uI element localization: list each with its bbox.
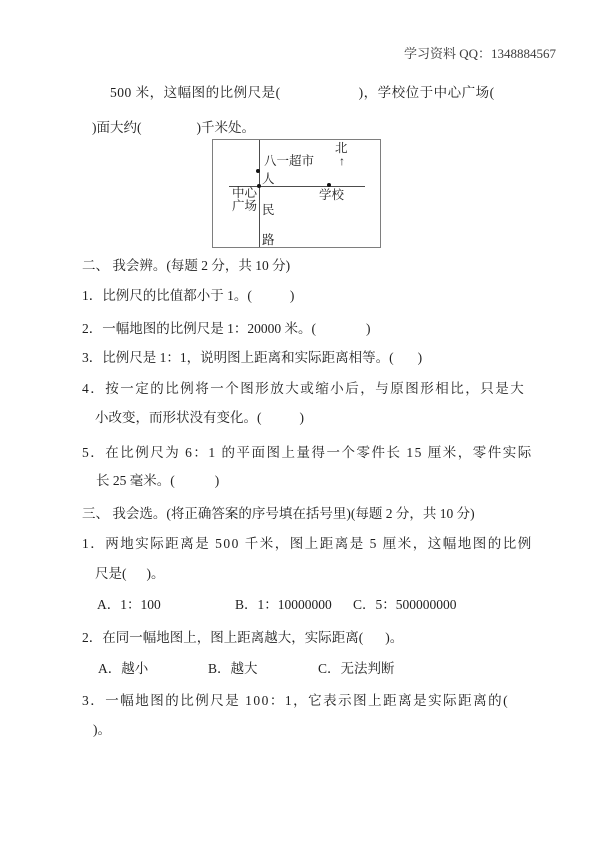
center-plaza-label-line2: 广场 xyxy=(232,199,257,213)
worksheet-page: 学习资料 QQ：1348884567 500 米，这幅图的比例尺是()，学校位于… xyxy=(0,0,596,842)
text-segment: )。 xyxy=(93,722,111,737)
school-dot xyxy=(327,183,331,187)
text-segment: )。 xyxy=(147,566,165,581)
section3-q1-optionA: A．1：100 xyxy=(97,597,161,613)
text-segment: ) xyxy=(300,410,305,425)
text-segment: A．越小 xyxy=(98,661,148,676)
text-segment: 2．一幅地图的比例尺是 1：20000 米。( xyxy=(82,321,316,336)
text-segment: 2．在同一幅地图上，图上距离越大，实际距离( xyxy=(82,630,363,645)
supermarket-dot xyxy=(256,169,260,173)
section3-q2-optionC: C．无法判断 xyxy=(318,661,395,677)
section3-q3-line2: )。 xyxy=(93,722,111,738)
section2-item4-line1: 4．按一定的比例将一个图形放大或缩小后，与原图形相比，只是大 xyxy=(82,381,525,397)
answer-blank xyxy=(262,421,300,422)
text-segment: C．5：500000000 xyxy=(353,597,457,612)
text-segment: 500 米，这幅图的比例尺是( xyxy=(110,85,281,100)
center-plaza-label: 中心广场 xyxy=(217,187,257,213)
text-segment: )千米处。 xyxy=(197,120,256,135)
text-segment: A．1：100 xyxy=(97,597,161,612)
intro-line-1: 500 米，这幅图的比例尺是()，学校位于中心广场( xyxy=(110,85,495,101)
center-plaza-label-line1: 中心 xyxy=(232,186,257,200)
text-segment: ) xyxy=(366,321,371,336)
text-segment: )。 xyxy=(385,630,403,645)
text-segment: )面大约( xyxy=(92,120,142,135)
section2-item5-line2: 长 25 毫米。() xyxy=(96,473,219,489)
text-segment: 3．比例尺是 1：1，说明图上距离和实际距离相等。( xyxy=(82,350,394,365)
map-diagram: 北 ↑ 八一超市 人 民 路 中心广场 学校 xyxy=(212,139,381,248)
text-segment: 4．按一定的比例将一个图形放大或缩小后，与原图形相比，只是大 xyxy=(82,381,525,396)
school-label: 学校 xyxy=(319,189,344,202)
text-segment: 1．两地实际距离是 500 千米，图上距离是 5 厘米，这幅地图的比例 xyxy=(82,536,533,551)
north-arrow-icon: ↑ xyxy=(339,155,345,168)
section2-item2: 2．一幅地图的比例尺是 1：20000 米。() xyxy=(82,321,371,337)
answer-blank xyxy=(316,332,366,333)
answer-blank xyxy=(394,361,418,362)
section3-q1-optionB: B．1：10000000 xyxy=(235,597,332,613)
section3-heading: 三、 我会选。(将正确答案的序号填在括号里)(每题 2 分，共 10 分) xyxy=(82,506,475,522)
text-segment: ) xyxy=(290,288,295,303)
text-segment: B．越大 xyxy=(208,661,258,676)
text-segment: )，学校位于中心广场( xyxy=(359,85,495,100)
text-segment: ) xyxy=(418,350,423,365)
section2-item5-line1: 5．在比例尺为 6：1 的平面图上量得一个零件长 15 厘米，零件实际 xyxy=(82,445,533,461)
answer-blank xyxy=(252,299,290,300)
section3-q2-optionA: A．越小 xyxy=(98,661,148,677)
watermark-text: 学习资料 QQ：1348884567 xyxy=(404,43,556,62)
section3-q1-optionC: C．5：500000000 xyxy=(353,597,457,613)
section2-item3: 3．比例尺是 1：1，说明图上距离和实际距离相等。() xyxy=(82,350,422,366)
road-name-char-lu: 路 xyxy=(262,234,275,247)
text-segment: 5．在比例尺为 6：1 的平面图上量得一个零件长 15 厘米，零件实际 xyxy=(82,445,533,460)
section3-q1-line1: 1．两地实际距离是 500 千米，图上距离是 5 厘米，这幅地图的比例 xyxy=(82,536,533,552)
text-segment: 3．一幅地图的比例尺是 100：1，它表示图上距离是实际距离的( xyxy=(82,693,509,708)
supermarket-label: 八一超市 xyxy=(264,155,314,168)
section3-q1-line2: 尺是()。 xyxy=(95,566,165,582)
section2-item1: 1．比例尺的比值都小于 1。() xyxy=(82,288,294,304)
intro-line-2: )面大约()千米处。 xyxy=(92,120,255,136)
answer-blank xyxy=(281,96,359,97)
text-segment: 尺是( xyxy=(95,566,127,581)
answer-blank xyxy=(127,577,147,578)
text-segment: C．无法判断 xyxy=(318,661,395,676)
road-name-char-ren: 人 xyxy=(262,173,275,186)
section3-q2-optionB: B．越大 xyxy=(208,661,258,677)
text-segment: ) xyxy=(215,473,220,488)
section2-heading: 二、 我会辨。(每题 2 分，共 10 分) xyxy=(82,258,290,274)
section3-q3-line1: 3．一幅地图的比例尺是 100：1，它表示图上距离是实际距离的( xyxy=(82,693,509,709)
answer-blank xyxy=(363,641,385,642)
section2-item4-line2: 小改变，而形状没有变化。() xyxy=(95,410,304,426)
road-name-char-min: 民 xyxy=(262,204,275,217)
text-segment: 二、 我会辨。(每题 2 分，共 10 分) xyxy=(82,258,290,273)
text-segment: 长 25 毫米。( xyxy=(96,473,175,488)
section3-q2: 2．在同一幅地图上，图上距离越大，实际距离()。 xyxy=(82,630,403,646)
text-segment: 小改变，而形状没有变化。( xyxy=(95,410,262,425)
plaza-intersection-dot xyxy=(257,184,261,188)
answer-blank xyxy=(175,484,215,485)
renmin-road-line xyxy=(259,140,260,247)
text-segment: 1．比例尺的比值都小于 1。( xyxy=(82,288,252,303)
answer-blank xyxy=(142,131,197,132)
text-segment: 三、 我会选。(将正确答案的序号填在括号里)(每题 2 分，共 10 分) xyxy=(82,506,475,521)
text-segment: B．1：10000000 xyxy=(235,597,332,612)
